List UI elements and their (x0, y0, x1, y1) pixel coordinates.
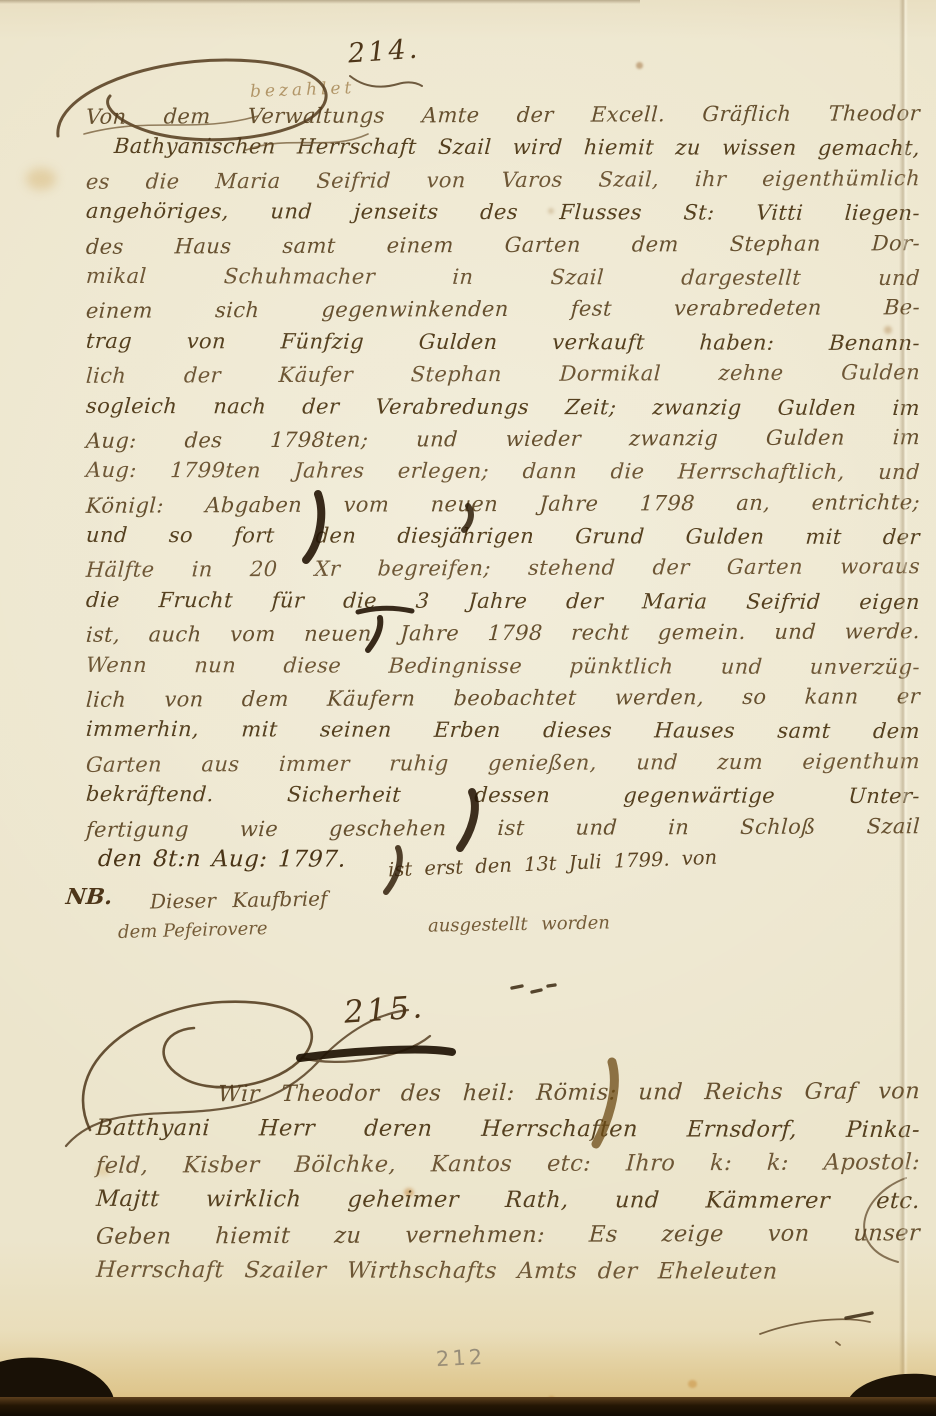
manuscript-line: Garten aus immer ruhig genießen, und zum… (85, 745, 921, 781)
postscript-note: dem Pefeirovere (118, 918, 268, 943)
manuscript-page: 214. bezahlet Von dem Verwaltungs Amte d… (0, 0, 936, 1416)
manuscript-line: lich der Käufer Stephan Dormikal zehne G… (85, 356, 921, 392)
manuscript-line: trag von Fünfzig Gulden verkauft haben: … (85, 325, 921, 360)
manuscript-line: Wenn nun diese Bedingnisse pünktlich und… (85, 649, 921, 684)
manuscript-line: mikal Schuhmacher in Szail dargestellt u… (85, 260, 921, 295)
flourish-215-bold-underline (300, 1050, 452, 1058)
entry-215-body: Wir Theodor des heil: Römis: und Reichs … (96, 1076, 920, 1290)
manuscript-line: und so fort den diesjährigen Grund Gulde… (85, 519, 921, 554)
nota-bene-mark: NB. (65, 884, 114, 910)
foxing-spot (636, 62, 643, 69)
manuscript-line: Herrschaft Szailer Wirthschafts Amts der… (95, 1253, 921, 1291)
manuscript-line: Majtt wirklich geheimer Rath, und Kämmer… (95, 1182, 921, 1220)
binding-edge (0, 1397, 936, 1416)
manuscript-line: Bathyanischen Herrschaft Szail wird hiem… (85, 130, 921, 165)
ink-dots (512, 985, 555, 992)
manuscript-line: fertigung wie geschehen ist und in Schlo… (85, 810, 921, 846)
entry-number-214: 214. (347, 34, 421, 70)
page-top-edge (0, 0, 640, 4)
manuscript-line: lich von dem Käufern beobachtet werden, … (85, 680, 921, 716)
closing-flourish-accent (846, 1313, 872, 1318)
foxing-spot (26, 168, 56, 190)
entry-214-body: Von dem Verwaltungs Amte der Excell. Grä… (86, 99, 920, 876)
manuscript-line: Batthyani Herr deren Herrschaften Ernsdo… (95, 1111, 921, 1149)
manuscript-line: einem sich gegenwinkenden fest verabrede… (85, 292, 921, 328)
manuscript-line: des Haus samt einem Garten dem Stephan D… (85, 227, 921, 263)
manuscript-line: es die Maria Seifrid von Varos Szail, ih… (85, 162, 921, 198)
manuscript-line: Aug: des 1798ten; und wieder zwanzig Gul… (85, 421, 921, 457)
manuscript-line: Wir Theodor des heil: Römis: und Reichs … (95, 1074, 921, 1113)
postscript-note: Dieser Kaufbrief (150, 886, 328, 913)
manuscript-line: ist, auch vom neuen Jahre 1798 recht gem… (85, 615, 921, 651)
manuscript-line: die Frucht für die 3 Jahre der Maria Sei… (85, 584, 921, 619)
page-bottom-yellowing (0, 1330, 936, 1400)
manuscript-line: angehöriges, und jenseits des Flusses St… (85, 195, 921, 230)
manuscript-line: immerhin, mit seinen Erben dieses Hauses… (85, 713, 921, 748)
heading-214-underline (350, 76, 422, 87)
manuscript-line: sogleich nach der Verabredungs Zeit; zwa… (85, 389, 921, 424)
entry-number-215: 215. (343, 989, 426, 1031)
manuscript-line: Hälfte in 20 Xr begreifen; stehend der G… (85, 551, 921, 587)
manuscript-line: Geben hiemit zu vernehmen: Es zeige von … (95, 1217, 921, 1256)
page-crease (899, 0, 908, 1398)
manuscript-line: feld, Kisber Bölchke, Kantos etc: Ihro k… (95, 1145, 921, 1184)
postscript-note: ausgestellt worden (428, 912, 610, 936)
manuscript-line: bekräftend. Sicherheit dessen gegenwärti… (85, 778, 921, 813)
manuscript-line: Von dem Verwaltungs Amte der Excell. Grä… (85, 97, 921, 133)
manuscript-line: Aug: 1799ten Jahres erlegen; dann die He… (85, 454, 921, 489)
manuscript-line: Königl: Abgaben vom neuen Jahre 1798 an,… (85, 486, 921, 522)
